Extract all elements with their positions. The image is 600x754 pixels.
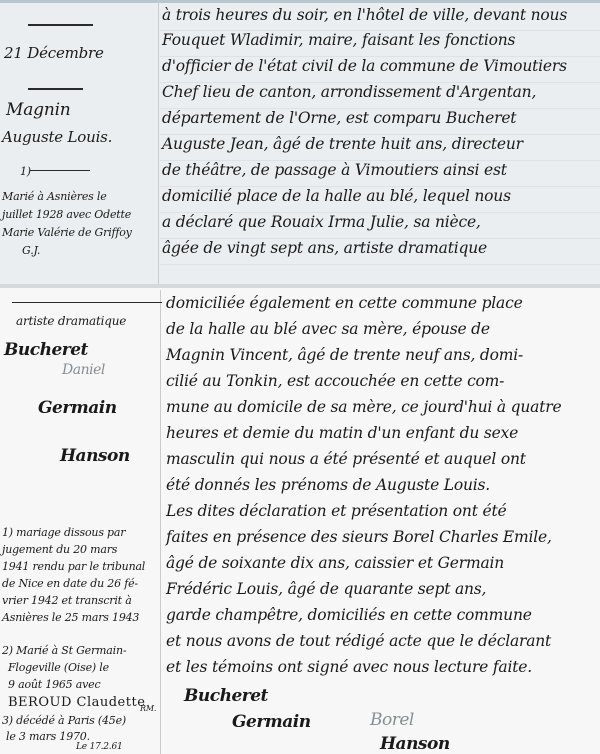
body-line: de la halle au blé avec sa mère, épouse … <box>166 320 490 338</box>
annotation-line: 2) Marié à St Germain- <box>2 644 126 657</box>
body-line: Frédéric Louis, âgé de quarante sept ans… <box>166 580 486 598</box>
marriage-note-line: juillet 1928 avec Odette <box>2 208 131 221</box>
body-line: à trois heures du soir, en l'hôtel de vi… <box>162 6 567 24</box>
margin-date: 21 Décembre <box>4 44 104 62</box>
body-line: faites en présence des sieurs Borel Char… <box>166 528 552 546</box>
margin-given-names: Auguste Louis. <box>2 128 112 146</box>
body-line: Chef lieu de canton, arrondissement d'Ar… <box>162 83 536 101</box>
margin-dash <box>30 170 90 171</box>
annotation-line: Flogeville (Oise) le <box>8 661 109 674</box>
body-line: âgée de vingt sept ans, artiste dramatiq… <box>162 239 487 257</box>
annotation-ref: Le 17.2.61 <box>76 742 123 752</box>
margin-dash <box>28 88 83 90</box>
margin-initials: G.J. <box>22 244 40 257</box>
margin-occupation: artiste dramatique <box>16 314 126 328</box>
body-line: Magnin Vincent, âgé de trente neuf ans, … <box>166 346 523 364</box>
body-line: domicilié place de la halle au blé, lequ… <box>162 187 511 205</box>
signature-officer: Hanson <box>380 734 450 754</box>
body-line: âgé de soixante dix ans, caissier et Ger… <box>166 554 504 572</box>
annotation-line: BEROUD Claudette <box>8 695 145 710</box>
body-line: et les témoins ont signé avec nous lectu… <box>166 658 532 676</box>
body-line: garde champêtre, domiciliés en cette com… <box>166 606 532 624</box>
body-line: d'officier de l'état civil de la commune… <box>162 57 567 75</box>
annotation-line: vrier 1942 et transcrit à <box>2 594 132 607</box>
margin-note-marker: 1) <box>20 165 31 178</box>
body-line: et nous avons de tout rédigé acte que le… <box>166 632 551 650</box>
margin-signature: Hanson <box>60 446 130 466</box>
body-line: Auguste Jean, âgé de trente huit ans, di… <box>162 135 523 153</box>
body-line: été donnés les prénoms de Auguste Louis. <box>166 476 490 494</box>
margin-rule-bottom <box>160 290 161 754</box>
annotation-line: Asnières le 25 mars 1943 <box>2 611 139 624</box>
annotation-line: 1941 rendu par le tribunal <box>2 560 145 573</box>
page-seam <box>0 284 600 288</box>
body-line: masculin qui nous a été présenté et auqu… <box>166 450 526 468</box>
margin-dash <box>28 24 93 26</box>
body-line: cilié au Tonkin, est accouchée en cette … <box>166 372 504 390</box>
margin-surname: Magnin <box>6 100 71 120</box>
marriage-note-line: Marie Valérie de Griffoy <box>2 226 132 239</box>
margin-rule-top <box>158 0 159 284</box>
marriage-note-line: Marié à Asnières le <box>2 190 107 203</box>
body-line: de théâtre, de passage à Vimoutiers ains… <box>162 161 507 179</box>
annotation-line: 9 août 1965 avec <box>8 678 100 691</box>
signature-witness: Germain <box>232 712 311 732</box>
annotation-line: de Nice en date du 26 fé- <box>2 577 138 590</box>
margin-dash <box>12 302 162 303</box>
body-line: a déclaré que Rouaix Irma Julie, sa nièc… <box>162 213 481 231</box>
body-line: département de l'Orne, est comparu Buche… <box>162 109 516 127</box>
annotation-line: jugement du 20 mars <box>2 543 117 556</box>
margin-signature: Bucheret <box>4 340 88 360</box>
body-line: Les dites déclaration et présentation on… <box>166 502 506 520</box>
signature-witness: Borel <box>370 710 414 730</box>
margin-signature: Daniel <box>62 362 105 378</box>
annotation-line: 1) mariage dissous par <box>2 526 125 539</box>
body-line: domiciliée également en cette commune pl… <box>166 294 523 312</box>
annotation-initials: RM. <box>140 704 156 713</box>
body-line: heures et demie du matin d'un enfant du … <box>166 424 518 442</box>
body-line: Fouquet Wladimir, maire, faisant les fon… <box>162 31 515 49</box>
body-line: mune au domicile de sa mère, ce jourd'hu… <box>166 398 561 416</box>
annotation-line: 3) décédé à Paris (45e) <box>2 714 126 727</box>
signature-declarant: Bucheret <box>184 686 268 706</box>
margin-signature: Germain <box>38 398 117 418</box>
